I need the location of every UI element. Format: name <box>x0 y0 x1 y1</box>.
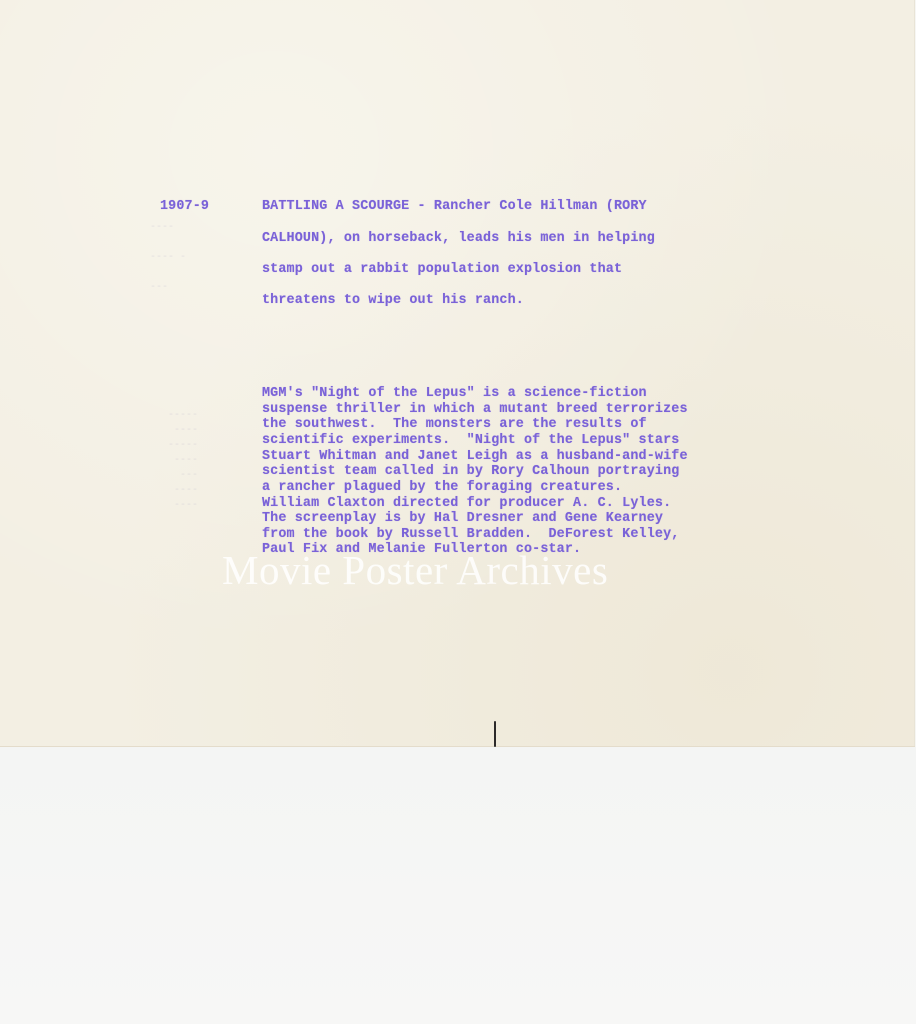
synopsis-line: from the book by Russell Bradden. DeFore… <box>262 527 679 543</box>
synopsis-line: Stuart Whitman and Janet Leigh as a husb… <box>262 449 688 465</box>
reference-number: 1907-9 <box>160 199 209 214</box>
synopsis-line: William Claxton directed for producer A.… <box>262 496 671 512</box>
center-tick-mark <box>494 721 496 747</box>
photo-back-paper: ---- ---- - --- ----- ---- ----- ---- --… <box>0 0 915 746</box>
show-through-mark: ---- <box>150 222 174 233</box>
show-through-mark: --- <box>150 282 168 293</box>
show-through-mark: ---- - <box>150 252 186 263</box>
synopsis-line: a rancher plagued by the foraging creatu… <box>262 480 622 496</box>
caption-line: BATTLING A SCOURGE - Rancher Cole Hillma… <box>262 199 647 214</box>
synopsis-line: scientist team called in by Rory Calhoun… <box>262 464 679 480</box>
caption-line: stamp out a rabbit population explosion … <box>262 262 622 277</box>
synopsis-line: scientific experiments. "Night of the Le… <box>262 433 679 449</box>
caption-line: CALHOUN), on horseback, leads his men in… <box>262 231 655 246</box>
scan-background <box>0 747 916 1024</box>
show-through-mark: ----- ---- ----- ---- --- ---- ---- <box>168 408 198 513</box>
caption-line: threatens to wipe out his ranch. <box>262 293 524 308</box>
synopsis-line: MGM's "Night of the Lepus" is a science-… <box>262 386 647 402</box>
synopsis-line: The screenplay is by Hal Dresner and Gen… <box>262 511 663 527</box>
watermark: Movie Poster Archives <box>222 546 608 594</box>
synopsis-line: the southwest. The monsters are the resu… <box>262 417 647 433</box>
synopsis-line: suspense thriller in which a mutant bree… <box>262 402 688 418</box>
